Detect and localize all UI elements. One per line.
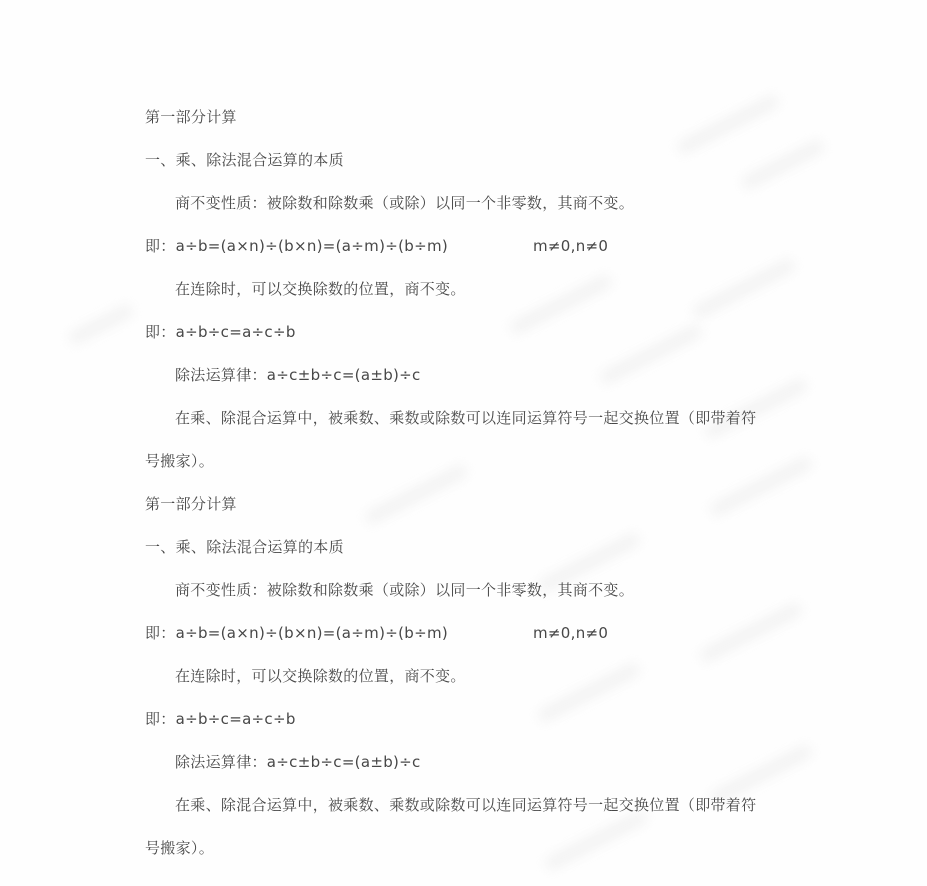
division-law-formula: 除法运算律：a÷c±b÷c=(a±b)÷c: [145, 354, 805, 397]
section-heading: 一、乘、除法混合运算的本质: [145, 139, 805, 182]
division-swap-rule: 在连除时，可以交换除数的位置，商不变。: [145, 268, 805, 311]
notes-copy-1: 第一部分计算 一、乘、除法混合运算的本质 商不变性质：被除数和除数乘（或除）以同…: [145, 96, 805, 483]
quotient-invariance-formula: 即：a÷b=(a×n)÷(b×n)=(a÷m)÷(b÷m)m≠0,n≠0: [145, 612, 805, 655]
quotient-invariance-rule: 商不变性质：被除数和除数乘（或除）以同一个非零数，其商不变。: [145, 569, 805, 612]
formula-expression: 即：a÷b=(a×n)÷(b×n)=(a÷m)÷(b÷m): [145, 624, 448, 642]
division-law-formula: 除法运算律：a÷c±b÷c=(a±b)÷c: [145, 741, 805, 784]
quotient-invariance-formula: 即：a÷b=(a×n)÷(b×n)=(a÷m)÷(b÷m)m≠0,n≠0: [145, 225, 805, 268]
division-swap-formula: 即：a÷b÷c=a÷c÷b: [145, 311, 805, 354]
watermark-streak: [67, 303, 135, 346]
document-content: 第一部分计算 一、乘、除法混合运算的本质 商不变性质：被除数和除数乘（或除）以同…: [145, 96, 805, 870]
part-title: 第一部分计算: [145, 96, 805, 139]
part-title: 第一部分计算: [145, 483, 805, 526]
document-page: 第一部分计算 一、乘、除法混合运算的本质 商不变性质：被除数和除数乘（或除）以同…: [0, 0, 927, 886]
quotient-invariance-rule: 商不变性质：被除数和除数乘（或除）以同一个非零数，其商不变。: [145, 182, 805, 225]
mixed-operation-note-line1: 在乘、除混合运算中，被乘数、乘数或除数可以连同运算符号一起交换位置（即带着符: [145, 784, 805, 827]
division-swap-formula: 即：a÷b÷c=a÷c÷b: [145, 698, 805, 741]
formula-condition: m≠0,n≠0: [533, 237, 608, 255]
formula-expression: 即：a÷b=(a×n)÷(b×n)=(a÷m)÷(b÷m): [145, 237, 448, 255]
mixed-operation-note-line1: 在乘、除混合运算中，被乘数、乘数或除数可以连同运算符号一起交换位置（即带着符: [145, 397, 805, 440]
section-heading: 一、乘、除法混合运算的本质: [145, 526, 805, 569]
mixed-operation-note-line2: 号搬家）。: [145, 440, 805, 483]
division-swap-rule: 在连除时，可以交换除数的位置，商不变。: [145, 655, 805, 698]
formula-condition: m≠0,n≠0: [533, 624, 608, 642]
notes-copy-2: 第一部分计算 一、乘、除法混合运算的本质 商不变性质：被除数和除数乘（或除）以同…: [145, 483, 805, 870]
mixed-operation-note-line2: 号搬家）。: [145, 827, 805, 870]
